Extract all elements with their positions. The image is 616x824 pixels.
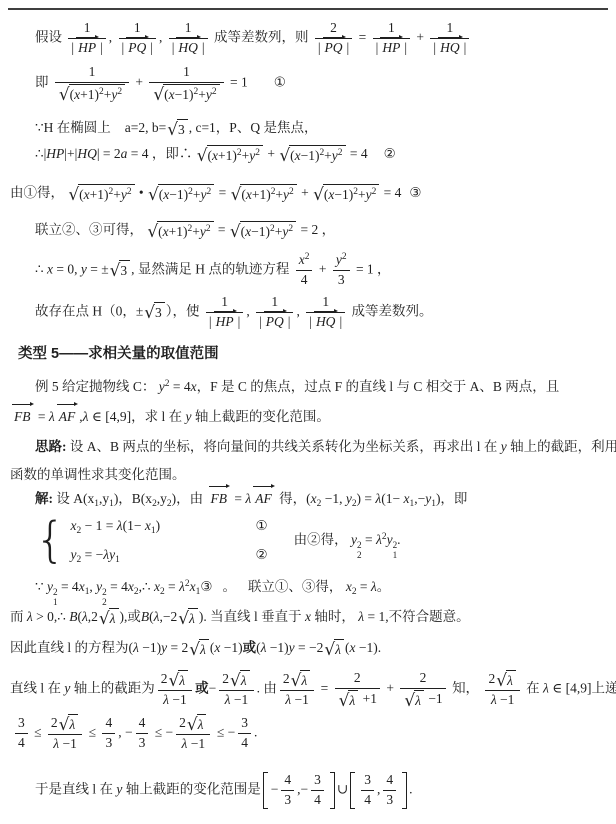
vector-arrow-icon (264, 311, 285, 312)
fraction: 1|HP| (373, 20, 410, 57)
line-assume-arithmetic-sequence: 假设 1|HP|, 1|PQ|, 1|HQ| 成等差数列，则 2|PQ| = 1… (0, 20, 612, 57)
line-combine-2-3: 联立②、③可得， √(x+1)2+y2 = √(x−1)2+y2 = 2 ， (0, 220, 612, 240)
fraction: y23 (333, 252, 350, 289)
fraction: 2√λλ −1 (48, 714, 82, 753)
fraction: 2√λλ −1 (176, 714, 210, 753)
fraction: 1√(x−1)2+y2 (149, 64, 223, 103)
line-trajectory-check: ∴ x = 0, y = ±√3, 显然满足 H 点的轨迹方程 x24 + y2… (0, 252, 612, 289)
fraction: 1|HQ| (306, 294, 345, 331)
system-row: x2 − 1 = λ(1− x1)① (71, 516, 268, 536)
vector-arrow-icon (314, 311, 337, 312)
left-brace-icon: { (35, 518, 66, 564)
line-equation-3: 由①得， √(x+1)2+y2 • √(x−1)2+y2 = √(x+1)2+y… (0, 183, 612, 203)
fraction: 34 (361, 772, 374, 809)
fraction: x24 (296, 252, 313, 289)
vector-PQ: PQ (126, 40, 148, 57)
line-conclusion-H: 故存在点 H（0，±√3），使 1|HP|, 1|PQ|, 1|HQ| 成等差数… (0, 294, 612, 331)
vector-AF: AF (57, 407, 78, 427)
fraction: 1|PQ| (119, 20, 156, 57)
square-root: √λ (178, 608, 198, 627)
square-root: √(x−1)2+y2 (313, 184, 379, 203)
line-final-range: 于是直线 l 在 y 轴上截距的变化范围是−43,−34∪34,43. (0, 772, 612, 809)
vector-arrow-icon (323, 37, 344, 38)
fraction: 2√λ −1 (400, 670, 445, 709)
square-root: √λ (59, 714, 79, 733)
square-root: √(x+1)2+y2 (197, 145, 263, 164)
section-heading-type5: 类型 5——求相关量的取值范围 (0, 344, 612, 366)
vector-HP: HP (76, 40, 98, 57)
vector-arrow-icon (253, 486, 273, 487)
vector-arrow-icon (57, 404, 77, 405)
line-inequalities: 34 ≤ 2√λλ −1 ≤ 43, −43 ≤ −2√λλ −1 ≤ −34. (0, 714, 612, 753)
line-equation-system: {x2 − 1 = λ(1− x1)①y2 = −λy1②由②得， y22 = … (0, 516, 612, 566)
vector-HQ: HQ (438, 40, 462, 57)
fraction: 43 (136, 715, 149, 752)
fraction: 43 (102, 715, 115, 752)
fraction: 1|HQ| (169, 20, 208, 57)
vector-HQ: HQ (314, 314, 338, 331)
vector-FB: FB (12, 407, 33, 427)
line-line-equations: 因此直线 l 的方程为(λ −1)y = 2√λ(x −1)或(λ −1)y =… (0, 638, 612, 658)
vector-arrow-icon (126, 37, 147, 38)
line-approach-1: 思路: 设 A、B 两点的坐标，将向量间的共线关系转化为坐标关系，再求出 l 在… (0, 437, 612, 457)
square-root: √λ (187, 714, 207, 733)
fraction: 2√λλ −1 (280, 670, 314, 709)
document-page: 假设 1|HP|, 1|PQ|, 1|HQ| 成等差数列，则 2|PQ| = 1… (0, 0, 616, 824)
fraction: 2√λλ −1 (485, 670, 519, 709)
fraction: 34 (238, 715, 251, 752)
top-rule (8, 8, 608, 10)
fraction: 1|HP| (206, 294, 243, 331)
vector-arrow-icon (12, 404, 32, 405)
line-approach-2: 函数的单调性求其变化范围。 (0, 465, 612, 485)
vector-PQ: PQ (323, 40, 345, 57)
fraction: 2√λλ −1 (219, 670, 253, 709)
square-root: √3 (167, 119, 188, 138)
square-root: √λ (189, 639, 209, 658)
square-root: √λ (169, 670, 189, 689)
square-root: √(x+1)2+y2 (147, 221, 213, 240)
fraction: 1√(x+1)2+y2 (55, 64, 129, 103)
line-ellipse-facts: ∵H 在椭圆上a=2, b=√3, c=1，P、Q 是焦点， (0, 118, 612, 138)
fraction: 1|PQ| (256, 294, 293, 331)
line-intercept-expression: 直线 l 在 y 轴上的截距为2√λλ −1或−2√λλ −1. 由2√λλ −… (0, 670, 612, 709)
fraction: 2|PQ| (315, 20, 352, 57)
line-lambda-positive: 而 λ > 0,∴ B(λ,2√λ),或B(λ,−2√λ). 当直线 l 垂直于… (0, 607, 612, 627)
square-root: √(x−1)2+y2 (153, 84, 219, 103)
square-root: √(x−1)2+y2 (279, 145, 345, 164)
line-equation-1: 即 1√(x+1)2+y2 + 1√(x−1)2+y2 = 1① (0, 64, 612, 103)
equation-system: {x2 − 1 = λ(1− x1)①y2 = −λy1② (35, 516, 268, 566)
line-example5-statement: 例 5 给定抛物线 C： y2 = 4x，F 是 C 的焦点，过点 F 的直线 … (0, 377, 612, 397)
square-root: √(x+1)2+y2 (68, 184, 134, 203)
fraction: 2√λ +1 (335, 670, 380, 709)
square-root: √3 (110, 260, 131, 279)
vector-FB: FB (209, 489, 230, 509)
vector-AF: AF (253, 489, 274, 509)
square-root: √λ (496, 670, 516, 689)
fraction: 2√λλ −1 (158, 670, 192, 709)
fraction: 34 (311, 772, 324, 809)
fraction: 1|HP| (68, 20, 105, 57)
fraction: 43 (281, 772, 294, 809)
square-root: √λ (404, 690, 424, 709)
vector-HP: HP (214, 314, 236, 331)
vector-arrow-icon (176, 37, 199, 38)
vector-arrow-icon (380, 37, 401, 38)
vector-arrow-icon (76, 37, 97, 38)
line-vector-condition: FB = λAF,λ ∈ [4,9]，求 l 在 y 轴上截距的变化范围。 (0, 407, 612, 427)
square-root: √λ (230, 670, 250, 689)
interval-group: −43,−34 (263, 772, 335, 809)
vector-HQ: HQ (176, 40, 200, 57)
line-solution-setup: 解: 设 A(x1,y1)，B(x2,y2)，由 FB = λAF 得，(x2 … (0, 489, 612, 509)
system-row: y2 = −λy1② (71, 545, 268, 565)
square-root: √λ (291, 670, 311, 689)
square-root: √(x+1)2+y2 (59, 84, 125, 103)
square-root: √(x−1)2+y2 (148, 184, 214, 203)
square-root: √3 (144, 302, 165, 321)
interval-group: 34,43 (350, 772, 407, 809)
fraction: 43 (383, 772, 396, 809)
line-combine-1-3: ∵ y21 = 4x1, y22 = 4x2,∴ x2 = λ2x1③。联立①、… (0, 577, 612, 607)
square-root: √λ (339, 690, 359, 709)
vector-arrow-icon (209, 486, 229, 487)
square-root: √(x+1)2+y2 (231, 184, 297, 203)
square-root: √λ (99, 608, 119, 627)
vector-PQ: PQ (264, 314, 286, 331)
vector-HP: HP (380, 40, 402, 57)
fraction: 1|HQ| (430, 20, 469, 57)
square-root: √λ (324, 639, 344, 658)
vector-arrow-icon (214, 311, 235, 312)
fraction: 34 (15, 715, 28, 752)
square-root: √(x−1)2+y2 (230, 221, 296, 240)
vector-arrow-icon (438, 37, 461, 38)
line-equation-2: ∴|HP|+|HQ| = 2a = 4 ，即∴ √(x+1)2+y2 + √(x… (0, 144, 612, 164)
